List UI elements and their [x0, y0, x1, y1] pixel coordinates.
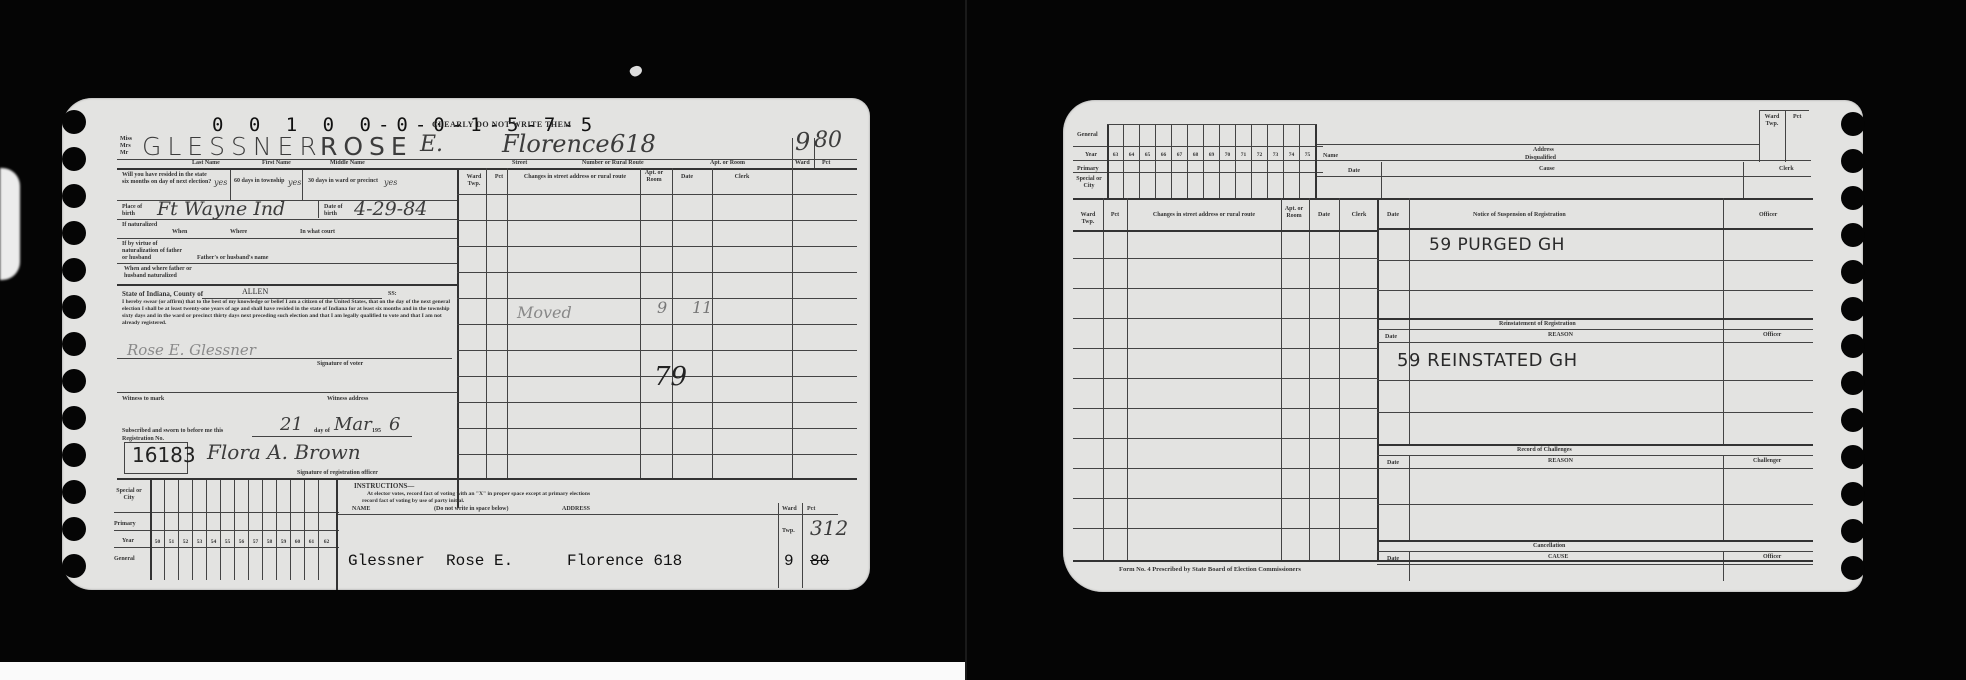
year-cell: 57 — [249, 539, 262, 545]
typed-ward: 9 — [784, 552, 794, 570]
punch-hole — [1841, 112, 1865, 136]
birth-place-value: Ft Wayne Ind — [157, 198, 285, 220]
punch-hole — [1841, 223, 1865, 247]
virtue-label: If by virtue of naturalization of father… — [122, 241, 182, 262]
challenges-date-label: Date — [1387, 460, 1399, 467]
typed-first-name: Rose E. — [446, 552, 513, 570]
col-pct: Pct — [1105, 212, 1125, 219]
subscribed-day: 21 — [280, 414, 303, 435]
reinstatement-date-label: Date — [1385, 334, 1397, 341]
registration-officer-label: Signature of registration officer — [297, 470, 378, 477]
punch-hole — [1841, 149, 1865, 173]
row-special-city: Special or City — [114, 488, 144, 502]
subscribed-label: Subscribed and sworn to before me this — [122, 428, 223, 435]
oath-text: I hereby swear (or affirm) that to the b… — [122, 299, 452, 327]
street-handwritten: Florence — [502, 130, 610, 158]
col-changes: Changes in street address or rural route — [510, 174, 640, 181]
panel-divider — [965, 0, 967, 680]
naturalized-label: If naturalized — [122, 222, 164, 229]
punch-hole — [62, 184, 86, 208]
col-ward-twp: Ward Twp. — [1075, 212, 1101, 226]
punch-hole — [1841, 371, 1865, 395]
footer-address-label: ADDRESS — [562, 506, 590, 513]
residency-answer-state: yes — [214, 178, 227, 187]
registration-officer-signature: Flora A. Brown — [207, 440, 361, 464]
disqualified-name-label: Name — [1323, 153, 1338, 160]
typed-pct: 80 — [810, 552, 829, 570]
label-middle-name: Middle Name — [330, 160, 365, 167]
naturalized-court-label: In what court — [300, 229, 335, 236]
middle-name-handwritten: E. — [420, 132, 443, 157]
scan-edge-white-band — [0, 662, 965, 680]
punch-hole — [62, 295, 86, 319]
punch-hole — [62, 554, 86, 578]
disqualified-cause-label: Cause — [1539, 166, 1555, 173]
year-cell: 75 — [1300, 152, 1315, 158]
scan-artifact — [0, 168, 20, 280]
punch-hole — [62, 221, 86, 245]
year-cell: 69 — [1204, 152, 1219, 158]
year-cell: 74 — [1284, 152, 1299, 158]
col-apt: Apt. or Room — [1281, 206, 1307, 220]
scan-speck — [628, 64, 643, 79]
suspension-entry-stamp: 59 PURGED GH — [1429, 235, 1565, 255]
punch-hole — [62, 443, 86, 467]
suspension-title: Notice of Suspension of Registration — [1473, 212, 1566, 219]
disqualified-pct-label: Pct — [1793, 114, 1801, 121]
year-cell: 52 — [179, 539, 192, 545]
col-clerk: Clerk — [722, 174, 762, 181]
pct-handwritten: 80 — [814, 128, 842, 153]
year-cell: 61 — [305, 539, 318, 545]
oath-county: ALLEN — [242, 288, 268, 296]
year-cell: 53 — [193, 539, 206, 545]
year-cell: 51 — [165, 539, 178, 545]
year-cell: 59 — [277, 539, 290, 545]
voter-signature: Rose E. Glessner — [127, 341, 256, 359]
reinstatement-entry-stamp: 59 REINSTATED GH — [1397, 350, 1578, 371]
residency-question-ward: 30 days in ward or precinct — [308, 178, 378, 185]
father-husband-name-label: Father's or husband's name — [197, 255, 268, 262]
suspension-officer-label: Officer — [1759, 212, 1777, 219]
footer-ward-label: Ward — [782, 506, 797, 513]
punch-hole — [1841, 519, 1865, 543]
typed-last-name: Glessner — [348, 552, 425, 570]
label-last-name: Last Name — [192, 160, 220, 167]
cancellation-title: Cancellation — [1533, 543, 1565, 550]
col-changes: Changes in street address or rural route — [1129, 212, 1279, 219]
col-ward-twp: Ward Twp. — [460, 174, 488, 188]
registration-number: 16183 — [132, 443, 196, 467]
punch-hole — [1841, 445, 1865, 469]
disqualified-clerk-label: Clerk — [1779, 166, 1794, 173]
birth-date-value: 4-29-84 — [354, 198, 427, 220]
birth-date-label: Date of birth — [324, 204, 350, 218]
punch-hole — [62, 147, 86, 171]
punch-hole — [62, 258, 86, 282]
when-where-label: When and where father or husband natural… — [124, 266, 204, 280]
reinstatement-reason-label: REASON — [1548, 332, 1573, 339]
year-cell: 73 — [1268, 152, 1283, 158]
residency-answer-ward: yes — [384, 178, 397, 187]
voter-registration-card-front: 0 0 1 0 0-0-0-1-5-7-5 CLEARLY DO NOT WRI… — [62, 98, 870, 590]
suspension-date-label: Date — [1387, 212, 1399, 219]
col-apt: Apt. or Room — [640, 170, 668, 184]
subscribed-year-prefix: 195 — [372, 428, 381, 435]
label-apt: Apt. or Room — [710, 160, 745, 167]
row-general: General — [1077, 132, 1098, 139]
punch-hole — [1841, 556, 1865, 580]
punch-hole — [1841, 482, 1865, 506]
instructions-title: INSTRUCTIONS— — [354, 483, 414, 490]
disqualified-address-label: Address — [1533, 147, 1554, 154]
row-special-city: Special or City — [1075, 176, 1103, 190]
witness-address-label: Witness address — [327, 396, 368, 403]
oath-ss: SS: — [388, 291, 397, 298]
punch-hole — [1841, 334, 1865, 358]
naturalized-where-label: Where — [230, 229, 247, 236]
punch-hole — [1841, 408, 1865, 432]
punch-hole — [62, 406, 86, 430]
year-cell: 58 — [263, 539, 276, 545]
subscribed-day-label: day of — [314, 428, 330, 435]
footer-pct-label: Pct — [807, 506, 815, 513]
punch-hole — [62, 517, 86, 541]
first-name-handwritten: ROSE — [320, 132, 413, 161]
punch-hole — [62, 369, 86, 393]
disqualified-date-label: Date — [1348, 168, 1360, 175]
year-cell: 68 — [1188, 152, 1203, 158]
residency-answer-township: yes — [288, 178, 301, 187]
residency-question-state: Will you have resided in the state six m… — [122, 172, 212, 186]
label-number: Number or Rural Route — [582, 160, 644, 167]
punch-hole — [1841, 186, 1865, 210]
year-cell: 54 — [207, 539, 220, 545]
subscribed-month: Mar — [334, 414, 372, 435]
handwritten-mark: 79 — [654, 362, 687, 392]
punch-hole — [1841, 260, 1865, 284]
punch-hole — [1841, 297, 1865, 321]
year-cell: 70 — [1220, 152, 1235, 158]
last-name-handwritten: GLESSNER — [142, 132, 323, 161]
form-footer: Form No. 4 Prescribed by State Board of … — [1119, 566, 1301, 573]
title-prefix: Miss Mrs Mr — [120, 136, 140, 157]
subscribed-year-suffix: 6 — [389, 414, 400, 435]
col-date: Date — [672, 174, 702, 181]
house-number-handwritten: 618 — [610, 130, 656, 158]
ward-handwritten: 9 — [795, 128, 810, 156]
year-cell: 64 — [1124, 152, 1139, 158]
instructions-line1: At elector votes, record fact of voting … — [367, 491, 590, 498]
col-pct: Pct — [490, 174, 508, 181]
year-cell: 67 — [1172, 152, 1187, 158]
naturalized-when-label: When — [172, 229, 187, 236]
year-cell: 60 — [291, 539, 304, 545]
voter-registration-card-back: General Year Primary Special or City 63 … — [1063, 100, 1863, 592]
year-cell: 71 — [1236, 152, 1251, 158]
label-street: Street — [512, 160, 527, 167]
row-year: Year — [1085, 152, 1097, 159]
col-date: Date — [1311, 212, 1337, 219]
year-cell: 72 — [1252, 152, 1267, 158]
disqualified-ward-label: Ward Twp. — [1761, 114, 1783, 128]
challenges-title: Record of Challenges — [1517, 447, 1572, 454]
row-year: Year — [122, 538, 134, 545]
label-ward: Ward — [795, 160, 810, 167]
label-pct: Pct — [822, 160, 830, 167]
challenges-reason-label: REASON — [1548, 458, 1573, 465]
year-cell: 55 — [221, 539, 234, 545]
year-cell: 56 — [235, 539, 248, 545]
col-clerk: Clerk — [1341, 212, 1377, 219]
residency-question-township: 60 days in township — [234, 178, 289, 185]
year-cell: 65 — [1140, 152, 1155, 158]
label-first-name: First Name — [262, 160, 291, 167]
reinstatement-title: Reinstatement of Registration — [1499, 321, 1576, 328]
instructions-line2: record fact of voting by use of party in… — [362, 498, 464, 505]
reinstatement-officer-label: Officer — [1763, 332, 1781, 339]
footer-note: (Do not write in space below) — [434, 506, 509, 513]
footer-name-label: NAME — [352, 506, 370, 513]
row-primary: Primary — [114, 521, 136, 528]
handwritten-mark: Moved — [517, 303, 572, 322]
challenges-challenger-label: Challenger — [1753, 458, 1781, 465]
year-cell: 50 — [151, 539, 164, 545]
footer-twp-label: Twp. — [782, 528, 795, 535]
footer-pct-handwritten: 312 — [810, 516, 848, 540]
year-cell: 62 — [319, 539, 334, 545]
handwritten-mark: 9 — [657, 298, 667, 317]
voter-signature-label: Signature of voter — [317, 361, 363, 368]
punch-hole — [62, 480, 86, 504]
row-general: General — [114, 556, 135, 563]
oath-heading: State of Indiana, County of — [122, 291, 203, 298]
header-instruction: CLEARLY DO NOT WRITE THEM — [432, 121, 572, 129]
handwritten-mark: 11 — [692, 298, 712, 317]
birth-place-label: Place of birth — [122, 204, 152, 218]
year-cell: 66 — [1156, 152, 1171, 158]
witness-mark-label: Witness to mark — [122, 396, 164, 403]
year-cell: 63 — [1108, 152, 1123, 158]
typed-address: Florence 618 — [567, 552, 682, 570]
punch-hole — [62, 332, 86, 356]
punch-hole — [62, 110, 86, 134]
